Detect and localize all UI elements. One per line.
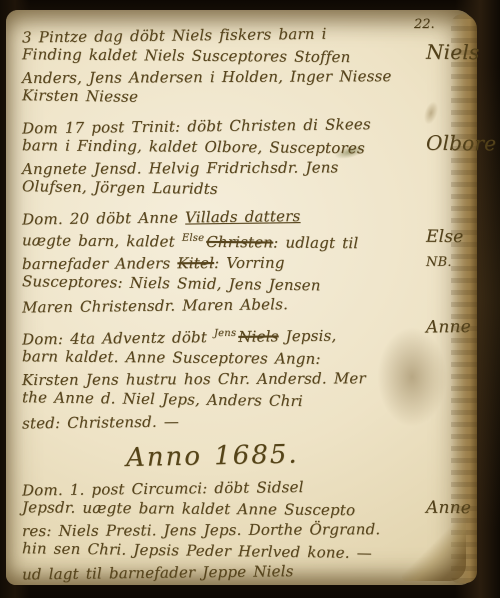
handwriting-text: Maren Christensdr. Maren Abels. <box>22 295 288 316</box>
handwriting-text: Dom: 4ta Adventz döbt <box>22 328 214 348</box>
margin-note: Anne <box>426 317 471 339</box>
handwriting-text: ud lagt til barnefader Jeppe Niels <box>22 562 294 583</box>
entry-pentecost-niels: 3 Pintze dag döbt Niels fiskers barn iFi… <box>22 25 424 109</box>
handwriting-text: hin sen Chri. Jepsis Peder Herlved kone.… <box>22 539 372 562</box>
handwriting-text: Kirsten Jens hustru hos Chr. Andersd. Me… <box>22 369 366 389</box>
handwriting-sup: Jens <box>214 328 236 339</box>
handwriting-text: : udlagt til <box>273 233 358 252</box>
manuscript-line: Kirsten Niesse <box>22 85 424 112</box>
handwriting-strike: Niels <box>238 327 279 345</box>
entry-advent-anne: Dom: 4ta Adventz döbt JensNiels Jepsis,A… <box>22 323 424 432</box>
manuscript-line: Finding kaldet Niels Susceptores Stoffen… <box>22 44 424 69</box>
manuscript-text: 3 Pintze dag döbt Niels fiskers barn iFi… <box>22 25 424 590</box>
handwriting-text: Anders, Jens Andersen i Holden, Inger Ni… <box>22 67 392 87</box>
handwriting-strike: Kitel <box>177 254 214 272</box>
handwriting-text: Olufsen, Jörgen Lauridts <box>22 177 218 198</box>
handwriting-text: barnefader Anders <box>22 254 177 273</box>
handwriting-text: Kirsten Niesse <box>22 86 138 106</box>
margin-note: Else <box>426 227 464 248</box>
handwriting-text: res: Niels Presti. Jens Jeps. Dorthe Örg… <box>22 520 380 540</box>
handwriting-text: barn i Finding, kaldet Olbore, Susceptor… <box>22 136 365 157</box>
entries-1685: Dom. 1. post Circumci: döbt SidselJepsdr… <box>22 478 424 583</box>
handwriting-text: Dom. 1. post Circumci: döbt Sidsel <box>22 478 304 499</box>
manuscript-line: ud lagt til barnefader Jeppe Niels <box>22 560 424 586</box>
margin-note: Olbore <box>426 133 496 155</box>
manuscript-line: uægte barn, kaldet ElseChristen: udlagt … <box>22 226 424 255</box>
handwriting-text: Dom. 20 döbt Anne <box>22 208 185 228</box>
handwriting-text: Dom 17 post Trinit: döbt Christen di Ske… <box>22 115 371 137</box>
manuscript-line: Olufsen, Jörgen Lauridts <box>22 176 424 203</box>
manuscript-line: Maren Christensdr. Maren Abels. <box>22 293 424 319</box>
handwriting-sup: Else <box>182 233 204 244</box>
margin-note: Niels <box>426 42 480 63</box>
year-heading: Anno 1685. <box>126 436 425 474</box>
handwriting-text: Angnete Jensd. Helvig Fridrichsdr. Jens <box>22 158 339 178</box>
handwriting-text: : Vorring <box>214 254 285 272</box>
handwriting-text: uægte barn, kaldet <box>22 231 182 250</box>
manuscript-page: 22. 3 Pintze dag döbt Niels fiskers barn… <box>6 10 474 585</box>
manuscript-line: Jepsdr. uægte barn kaldet Anne SusceptoA… <box>22 497 424 522</box>
manuscript-line: sted: Christensd. — <box>22 409 424 435</box>
entry-dom17-trinit-olbore: Dom 17 post Trinit: döbt Christen di Ske… <box>22 116 424 200</box>
margin-note: Anne <box>426 498 471 519</box>
handwriting-strike: Christen <box>206 233 273 252</box>
manuscript-line: barn i Finding, kaldet Olbore, Susceptor… <box>22 135 424 160</box>
handwriting-text: sted: Christensd. — <box>22 413 179 433</box>
entries-1684: 3 Pintze dag döbt Niels fiskers barn iFi… <box>22 25 424 432</box>
handwriting-text: Susceptores: Niels Smid, Jens Jensen <box>22 272 321 294</box>
handwriting-underline: Villads datters <box>185 207 301 226</box>
entry-circumcisio-anne: Dom. 1. post Circumci: döbt SidselJepsdr… <box>22 478 424 583</box>
entry-dom20-else: Dom. 20 döbt Anne Villads dattersuægte b… <box>22 207 424 316</box>
handwriting-text: Jepsdr. uægte barn kaldet Anne Suscepto <box>22 498 355 519</box>
manuscript-line: barn kaldet. Anne Susceptores Angn: <box>22 346 424 371</box>
handwriting-text: the Anne d. Niel Jeps, Anders Chri <box>22 388 303 410</box>
handwriting-text: Jepsis, <box>278 327 336 346</box>
margin-note: NB. <box>426 252 452 273</box>
handwriting-text: barn kaldet. Anne Susceptores Angn: <box>22 347 321 368</box>
handwriting-text: 3 Pintze dag döbt Niels fiskers barn i <box>22 25 327 47</box>
handwriting-text: Finding kaldet Niels Susceptores Stoffen <box>22 45 351 66</box>
